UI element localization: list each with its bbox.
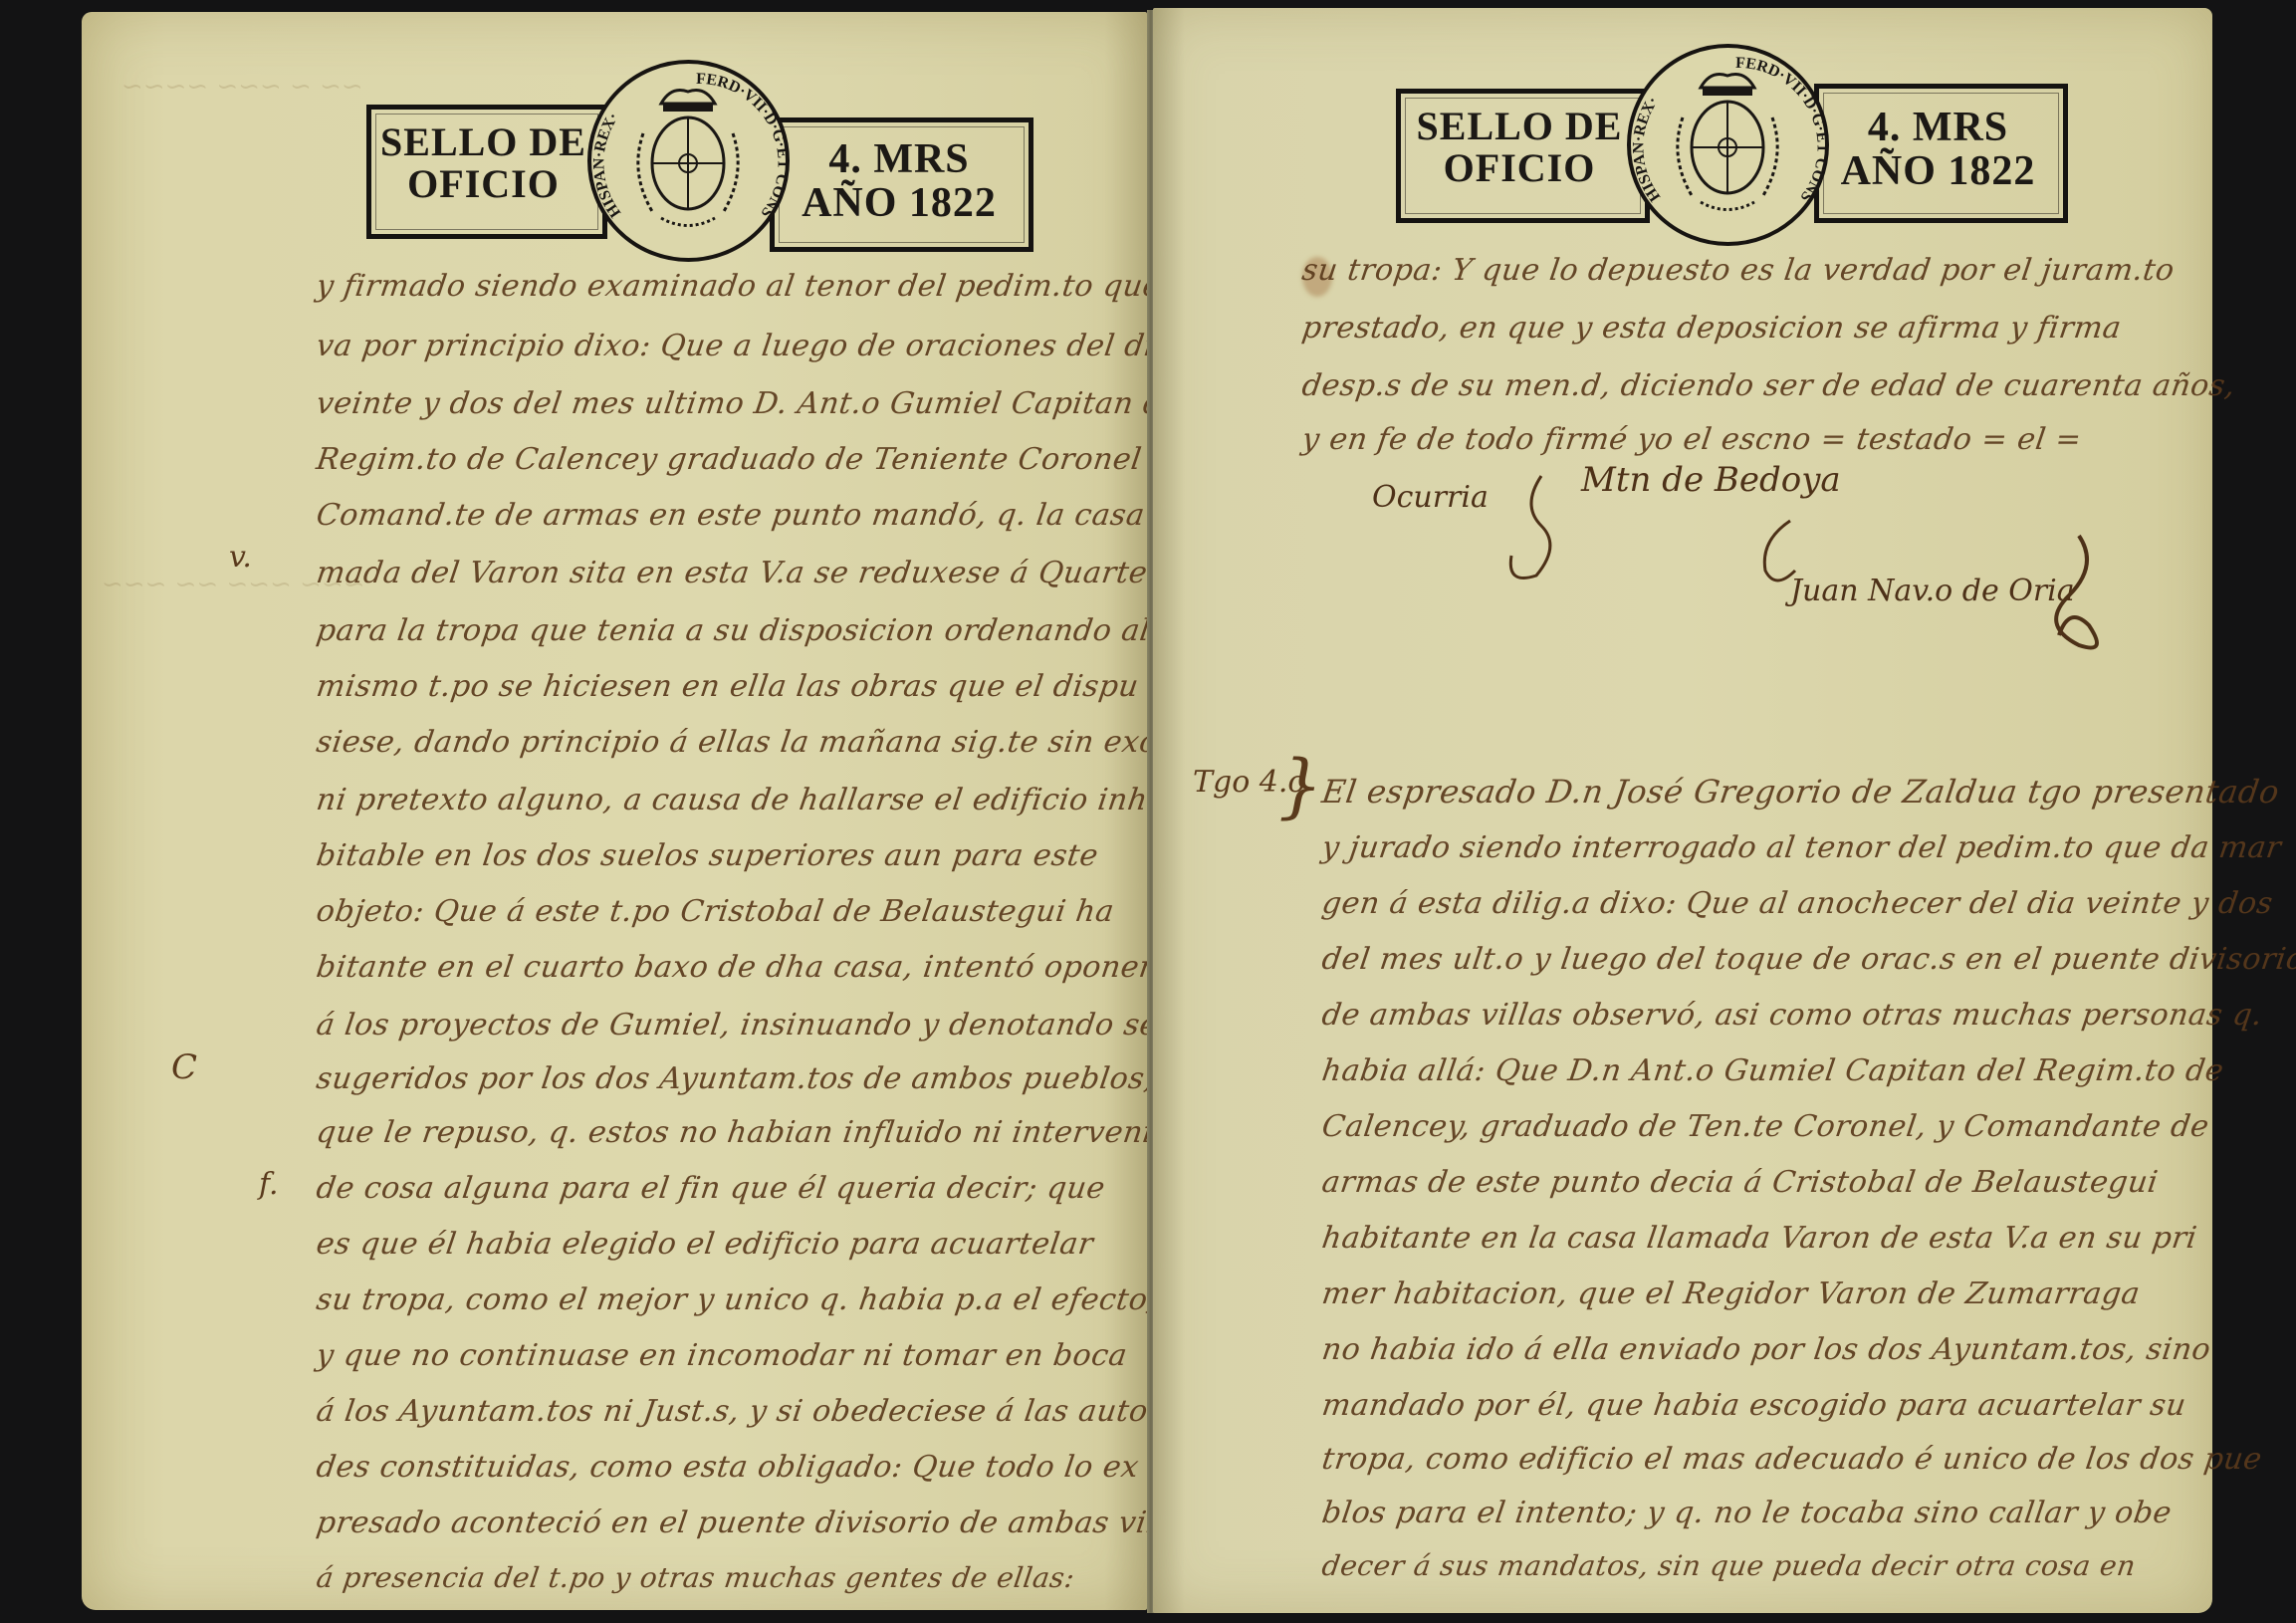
manuscript-line: es que él habia elegido el edificio para… xyxy=(315,1227,1096,1262)
manuscript-line: ni pretexto alguno, a causa de hallarse … xyxy=(315,783,1169,817)
manuscript-line: que le repuso, q. estos no habian influi… xyxy=(315,1115,1194,1150)
manuscript-line: su tropa, como el mejor y unico q. habia… xyxy=(315,1282,1161,1317)
svg-text:HISPAN·REX·: HISPAN·REX· xyxy=(1631,94,1664,204)
manuscript-line: tropa, como edificio el mas adecuado é u… xyxy=(1320,1442,2264,1477)
stamp-value: 4. MRS xyxy=(1826,106,2050,149)
bleed-through-text: ~~ ~ ~~~ ~~~~ xyxy=(121,72,363,102)
manuscript-line: decer á sus mandatos, sin que pueda deci… xyxy=(1320,1549,2138,1582)
manuscript-line: habitante en la casa llamada Varon de es… xyxy=(1320,1221,2199,1256)
manuscript-line: y en fe de todo firmé yo el escno = test… xyxy=(1300,422,2084,457)
manuscript-line: des constituidas, como esta obligado: Qu… xyxy=(315,1450,1142,1485)
margin-mark: f. xyxy=(259,1167,279,1202)
manuscript-line: para la tropa que tenia a su disposicion… xyxy=(315,613,1153,648)
manuscript-line: armas de este punto decia á Cristobal de… xyxy=(1320,1165,2161,1200)
manuscript-line: El espresado D.n José Gregorio de Zaldua… xyxy=(1319,773,2281,811)
manuscript-line: de ambas villas observó, asi como otras … xyxy=(1320,998,2265,1033)
manuscript-line: va por principio dixo: Que a luego de or… xyxy=(315,329,1176,363)
manuscript-line: á presencia del t.po y otras muchas gent… xyxy=(315,1561,1077,1594)
manuscript-line: su tropa: Y que lo depuesto es la verdad… xyxy=(1300,253,2178,288)
stamp-label-line1: SELLO DE xyxy=(1406,106,1633,147)
manuscript-line: bitante en el cuarto baxo de dha casa, i… xyxy=(315,950,1191,985)
manuscript-line: y jurado siendo interrogado al tenor del… xyxy=(1320,830,2284,865)
manuscript-line: de cosa alguna para el fin que él queria… xyxy=(315,1171,1108,1206)
royal-seal-icon: HISPAN·REX· FERD·VII·D·G·ET CONST· xyxy=(1627,44,1829,246)
stamp-label-line2: OFICIO xyxy=(376,163,590,205)
manuscript-line: siese, dando principio á ellas la mañana… xyxy=(315,725,1214,760)
manuscript-line: á los Ayuntam.tos ni Just.s, y si obedec… xyxy=(315,1394,1214,1429)
manuscript-line: bitable en los dos suelos superiores aun… xyxy=(315,838,1101,873)
manuscript-line: del mes ult.o y luego del toque de orac.… xyxy=(1320,942,2296,977)
manuscript-line: veinte y dos del mes ultimo D. Ant.o Gum… xyxy=(315,386,1194,421)
manuscript-line: desp.s de su men.d, diciendo ser de edad… xyxy=(1300,368,2238,403)
manuscript-line: y que no continuase en incomodar ni toma… xyxy=(315,1338,1130,1373)
manuscript-line: Regim.to de Calencey graduado de Tenient… xyxy=(315,442,1172,477)
manuscript-line: mismo t.po se hiciesen en ella las obras… xyxy=(315,669,1141,704)
signature-ocurria: Ocurria xyxy=(1372,480,1489,515)
manuscript-line: presado aconteció en el puente divisorio… xyxy=(315,1506,1214,1540)
right-page: SELLO DE OFICIO 4. MRS AÑO 1822 HISPAN·R… xyxy=(1153,8,2212,1613)
royal-seal-icon: HISPAN·REX· FERD·VII·D·G·ET CONST· xyxy=(587,60,790,262)
signature-bedoya: Mtn de Bedoya xyxy=(1581,460,1841,500)
left-page: ~~ ~ ~~~ ~~~~ ~~~ ~~~ ~~ ~~~ SELLO DE OF… xyxy=(82,12,1147,1610)
manuscript-line: objeto: Que á este t.po Cristobal de Bel… xyxy=(315,894,1117,929)
brace-mark: } xyxy=(1278,745,1323,826)
manuscript-line: blos para el intento; y q. no le tocaba … xyxy=(1320,1496,2175,1530)
fiscal-stamp: SELLO DE OFICIO 4. MRS AÑO 1822 HISPAN·R… xyxy=(366,60,1043,239)
manuscript-line: sugeridos por los dos Ayuntam.tos de amb… xyxy=(315,1061,1224,1096)
manuscript-line: mer habitacion, que el Regidor Varon de … xyxy=(1320,1276,2143,1311)
manuscript-line: gen á esta dilig.a dixo: Que al anochece… xyxy=(1320,886,2276,921)
manuscript-line: mandado por él, que habia escogido para … xyxy=(1320,1388,2188,1423)
manuscript-line: prestado, en que y esta deposicion se af… xyxy=(1300,311,2124,346)
manuscript-line: Comand.te de armas en este punto mandó, … xyxy=(315,498,1196,533)
margin-mark: C xyxy=(171,1047,197,1087)
fiscal-stamp: SELLO DE OFICIO 4. MRS AÑO 1822 HISPAN·R… xyxy=(1396,44,2093,223)
svg-text:HISPAN·REX·: HISPAN·REX· xyxy=(591,110,624,220)
rubric-flourish-icon xyxy=(1750,516,1810,595)
stamp-label-line1: SELLO DE xyxy=(376,121,590,163)
manuscript-line: Calencey, graduado de Ten.te Coronel, y … xyxy=(1320,1109,2211,1144)
manuscript-line: mada del Varon sita en esta V.a se redux… xyxy=(315,556,1160,590)
manuscript-line: habia allá: Que D.n Ant.o Gumiel Capitan… xyxy=(1320,1053,2226,1088)
stamp-year: AÑO 1822 xyxy=(1826,149,2050,193)
manuscript-line: á los proyectos de Gumiel, insinuando y … xyxy=(315,1008,1176,1043)
stamp-year: AÑO 1822 xyxy=(785,181,1014,225)
manuscript-line: no habia ido á ella enviado por los dos … xyxy=(1320,1332,2213,1367)
margin-mark: v. xyxy=(229,540,252,575)
manuscript-line: y firmado siendo examinado al tenor del … xyxy=(315,269,1164,304)
rubric-flourish-icon xyxy=(2029,526,2119,665)
stamp-label-line2: OFICIO xyxy=(1406,147,1633,189)
rubric-flourish-icon xyxy=(1501,466,1581,585)
stamp-value: 4. MRS xyxy=(785,137,1014,181)
